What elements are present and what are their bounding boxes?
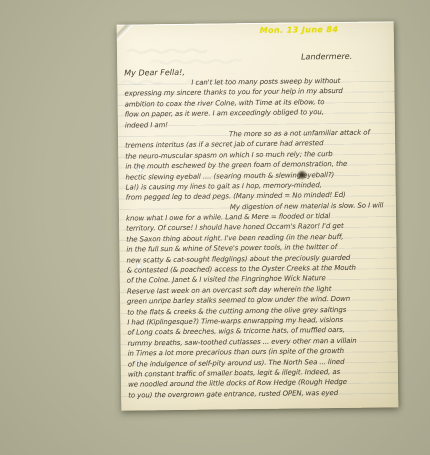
letter-line: to you) the overgrown gate entrance, rus… [128, 387, 394, 401]
place-name: Landermere. [301, 52, 352, 62]
salutation: My Dear Fella!, [124, 68, 185, 78]
photo-background: Mon. 13 June 84 Landermere. My Dear Fell… [0, 0, 430, 455]
letter-paper: Mon. 13 June 84 Landermere. My Dear Fell… [117, 21, 399, 410]
date-annotation: Mon. 13 June 84 [260, 25, 339, 35]
letter-body: I can't let too many posts sweep by with… [124, 75, 394, 400]
corner-fold [117, 24, 139, 40]
